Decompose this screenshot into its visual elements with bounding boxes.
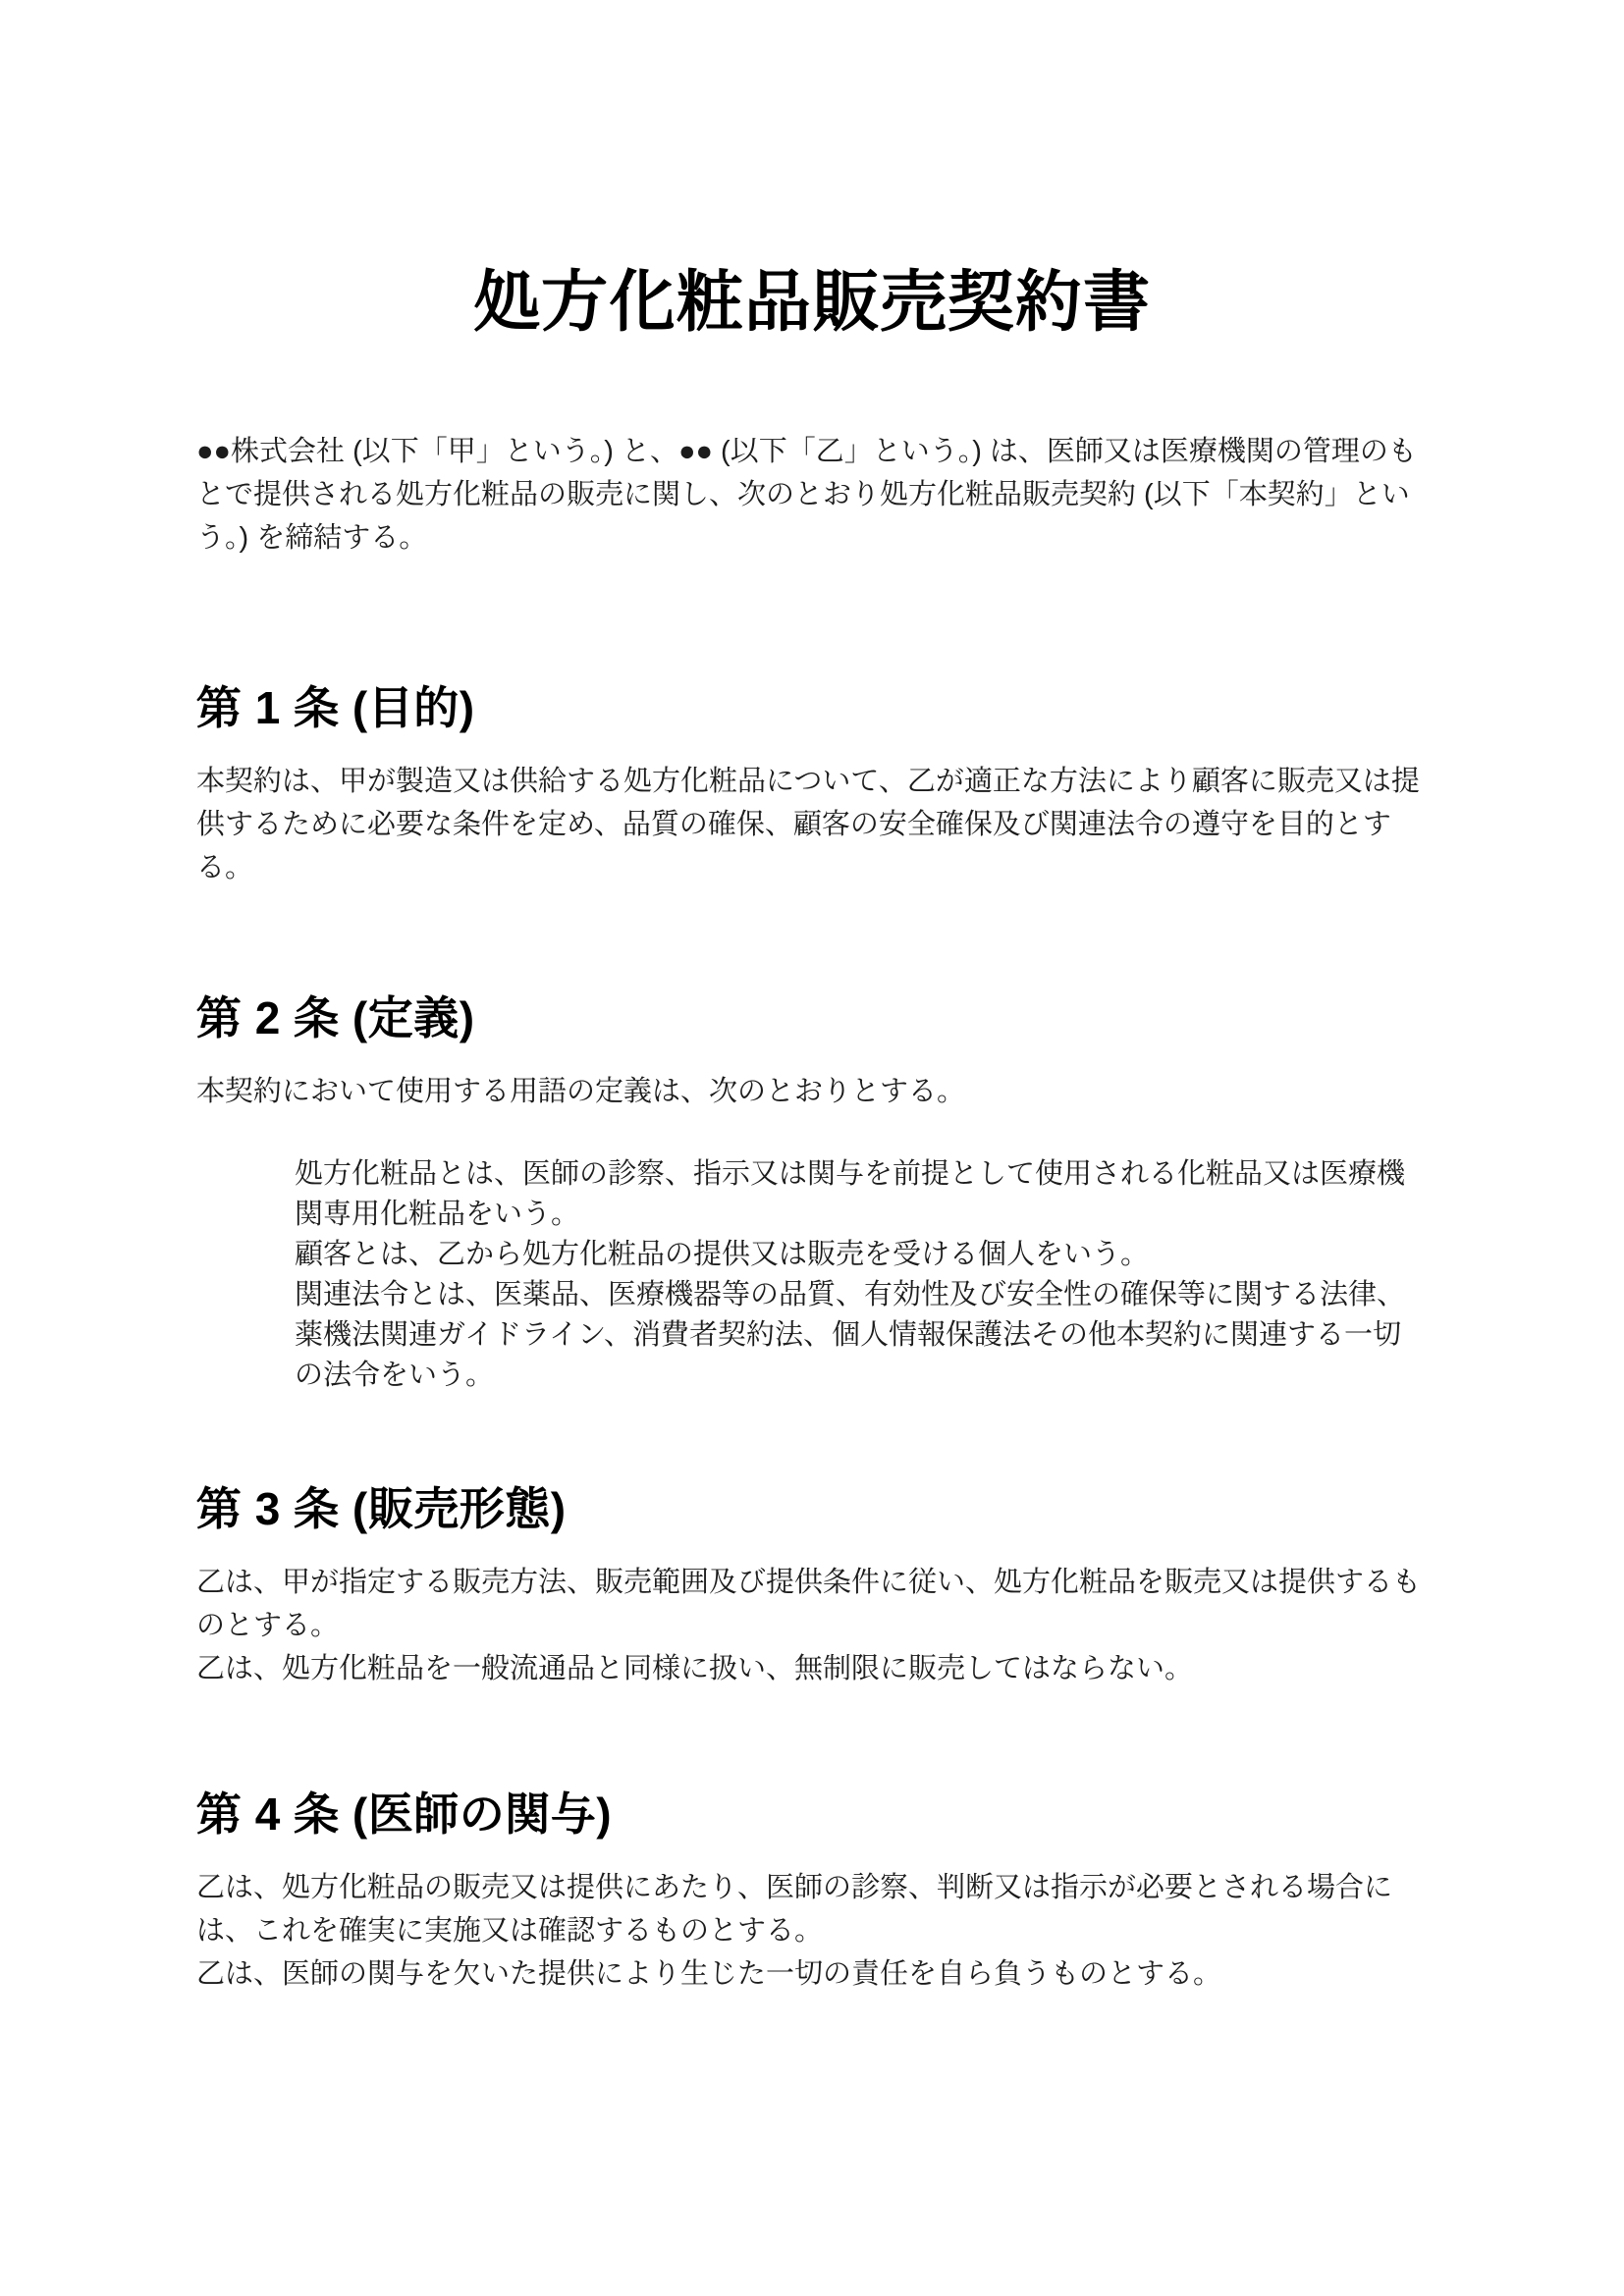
article-2-paragraph: 本契約において使用する用語の定義は、次のとおりとする。 (196, 1070, 1428, 1113)
intro-paragraph: ●●株式会社 (以下「甲」という。) と、●● (以下「乙」という。) は、医師… (196, 430, 1428, 560)
article-4-heading: 第 4 条 (医師の関与) (196, 1786, 1428, 1842)
article-4: 第 4 条 (医師の関与) 乙は、処方化粧品の販売又は提供にあたり、医師の診察、… (196, 1786, 1428, 1996)
article-1-paragraph: 本契約は、甲が製造又は供給する処方化粧品について、乙が適正な方法により顧客に販売… (196, 760, 1428, 889)
article-1-heading: 第 1 条 (目的) (196, 679, 1428, 736)
definition-item: 処方化粧品とは、医師の診察、指示又は関与を前提として使用される化粧品又は医療機関… (295, 1154, 1428, 1235)
article-3-paragraph: 乙は、甲が指定する販売方法、販売範囲及び提供条件に従い、処方化粧品を販売又は提供… (196, 1561, 1428, 1647)
definition-item: 顧客とは、乙から処方化粧品の提供又は販売を受ける個人をいう。 (295, 1235, 1428, 1275)
article-4-paragraph: 乙は、医師の関与を欠いた提供により生じた一切の責任を自ら負うものとする。 (196, 1952, 1428, 1996)
article-3-paragraph: 乙は、処方化粧品を一般流通品と同様に扱い、無制限に販売してはならない。 (196, 1647, 1428, 1690)
article-3: 第 3 条 (販売形態) 乙は、甲が指定する販売方法、販売範囲及び提供条件に従い… (196, 1480, 1428, 1690)
definitions-block: 処方化粧品とは、医師の診察、指示又は関与を前提として使用される化粧品又は医療機関… (196, 1154, 1428, 1396)
article-2-heading: 第 2 条 (定義) (196, 989, 1428, 1046)
article-4-paragraph: 乙は、処方化粧品の販売又は提供にあたり、医師の診察、判断又は指示が必要とされる場… (196, 1866, 1428, 1952)
article-2: 第 2 条 (定義) 本契約において使用する用語の定義は、次のとおりとする。 処… (196, 989, 1428, 1396)
article-3-heading: 第 3 条 (販売形態) (196, 1480, 1428, 1537)
contract-page: 処方化粧品販売契約書 ●●株式会社 (以下「甲」という。) と、●● (以下「乙… (0, 0, 1624, 2296)
article-1: 第 1 条 (目的) 本契約は、甲が製造又は供給する処方化粧品について、乙が適正… (196, 679, 1428, 889)
document-title: 処方化粧品販売契約書 (196, 261, 1428, 344)
definition-item: 関連法令とは、医薬品、医療機器等の品質、有効性及び安全性の確保等に関する法律、薬… (295, 1275, 1428, 1396)
